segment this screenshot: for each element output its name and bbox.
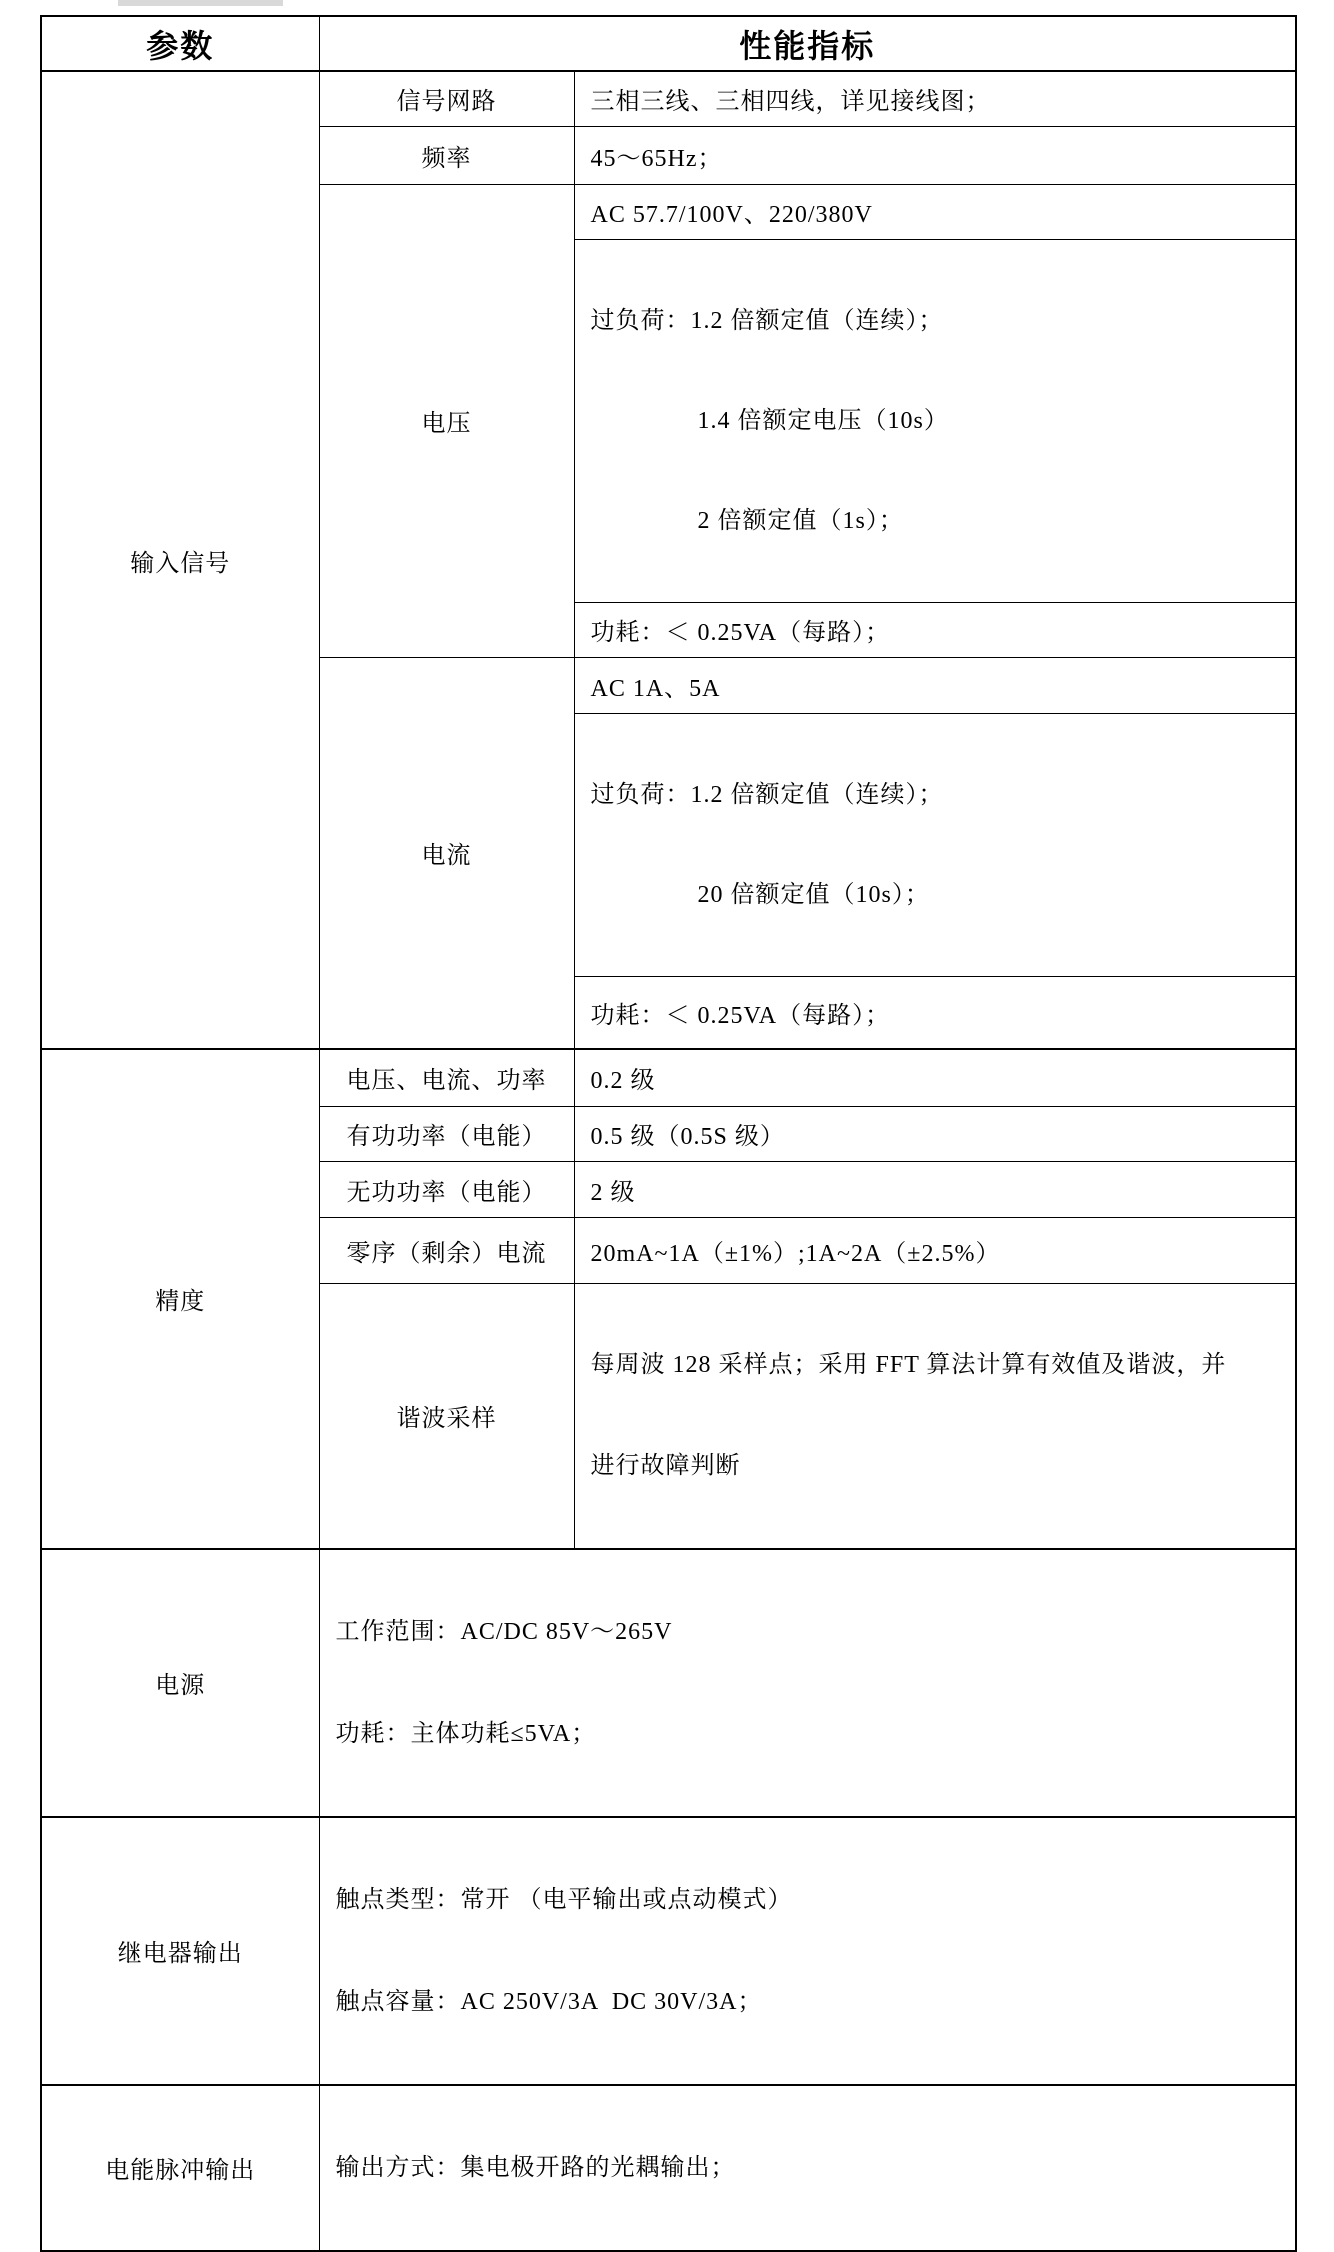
- harmonics-label-cell: 谐波采样: [319, 1283, 574, 1549]
- accuracy-row-value: 0.2 级: [574, 1049, 1296, 1106]
- relay-output-line1: 触点类型：常开 （电平输出或点动模式）: [336, 1876, 1286, 1924]
- accuracy-row-value: 2 级: [574, 1161, 1296, 1217]
- spec-table: 参数 性能指标 输入信号 信号网路 三相三线、三相四线，详见接线图； 频率 45…: [40, 15, 1297, 2252]
- accuracy-row-label: 电压、电流、功率: [319, 1049, 574, 1106]
- relay-output-value-cell: 触点类型：常开 （电平输出或点动模式） 触点容量：AC 250V/3A DC 3…: [319, 1817, 1296, 2085]
- voltage-rated-cell: AC 57.7/100V、220/380V: [574, 184, 1296, 239]
- voltage-overload-line1: 过负荷：1.2 倍额定值（连续）；: [591, 298, 1286, 344]
- harmonics-line2: 进行故障判断: [591, 1443, 1286, 1490]
- current-overload-line2: 20 倍额定值（10s）；: [591, 872, 1286, 918]
- relay-output-label-cell: 继电器输出: [41, 1817, 319, 2085]
- signal-network-label-cell: 信号网路: [319, 71, 574, 126]
- accuracy-row-value: 20mA~1A（±1%）;1A~2A（±2.5%）: [574, 1217, 1296, 1283]
- harmonics-line1: 每周波 128 采样点；采用 FFT 算法计算有效值及谐波，并: [591, 1342, 1286, 1389]
- accuracy-row-label: 有功功率（电能）: [319, 1106, 574, 1161]
- accuracy-row-value: 0.5 级（0.5S 级）: [574, 1106, 1296, 1161]
- accuracy-row-label: 无功功率（电能）: [319, 1161, 574, 1217]
- current-label-cell: 电流: [319, 657, 574, 1049]
- harmonics-value-cell: 每周波 128 采样点；采用 FFT 算法计算有效值及谐波，并 进行故障判断: [574, 1283, 1296, 1549]
- accuracy-row-label: 零序（剩余）电流: [319, 1217, 574, 1283]
- current-rated-cell: AC 1A、5A: [574, 657, 1296, 713]
- power-supply-line1: 工作范围：AC/DC 85V～265V: [336, 1608, 1286, 1656]
- frequency-value-cell: 45～65Hz；: [574, 126, 1296, 184]
- voltage-overload-line3: 2 倍额定值（1s）；: [591, 498, 1286, 544]
- top-gray-artifact: [118, 0, 283, 6]
- pulse-output-line1: 输出方式：集电极开路的光耦输出；: [336, 2144, 1286, 2192]
- current-overload-cell: 过负荷：1.2 倍额定值（连续）； 20 倍额定值（10s）；: [574, 713, 1296, 976]
- signal-network-value-cell: 三相三线、三相四线，详见接线图；: [574, 71, 1296, 126]
- input-signal-label-cell: 输入信号: [41, 71, 319, 1049]
- pulse-output-value-cell: 输出方式：集电极开路的光耦输出；: [319, 2085, 1296, 2251]
- voltage-label-cell: 电压: [319, 184, 574, 657]
- current-consumption-cell: 功耗：＜ 0.25VA（每路）；: [574, 976, 1296, 1049]
- accuracy-label-cell: 精度: [41, 1049, 319, 1549]
- voltage-overload-line2: 1.4 倍额定电压（10s）: [591, 398, 1286, 444]
- current-overload-line1: 过负荷：1.2 倍额定值（连续）；: [591, 772, 1286, 818]
- pulse-output-label-cell: 电能脉冲输出: [41, 2085, 319, 2251]
- power-supply-value-cell: 工作范围：AC/DC 85V～265V 功耗：主体功耗≤5VA；: [319, 1549, 1296, 1817]
- relay-output-line2: 触点容量：AC 250V/3A DC 30V/3A；: [336, 1978, 1286, 2026]
- header-performance-cell: 性能指标: [319, 16, 1296, 71]
- frequency-label-cell: 频率: [319, 126, 574, 184]
- power-supply-line2: 功耗：主体功耗≤5VA；: [336, 1710, 1286, 1758]
- header-param-cell: 参数: [41, 16, 319, 71]
- power-supply-label-cell: 电源: [41, 1549, 319, 1817]
- voltage-overload-cell: 过负荷：1.2 倍额定值（连续）； 1.4 倍额定电压（10s） 2 倍额定值（…: [574, 239, 1296, 602]
- voltage-consumption-cell: 功耗：＜ 0.25VA（每路）；: [574, 602, 1296, 657]
